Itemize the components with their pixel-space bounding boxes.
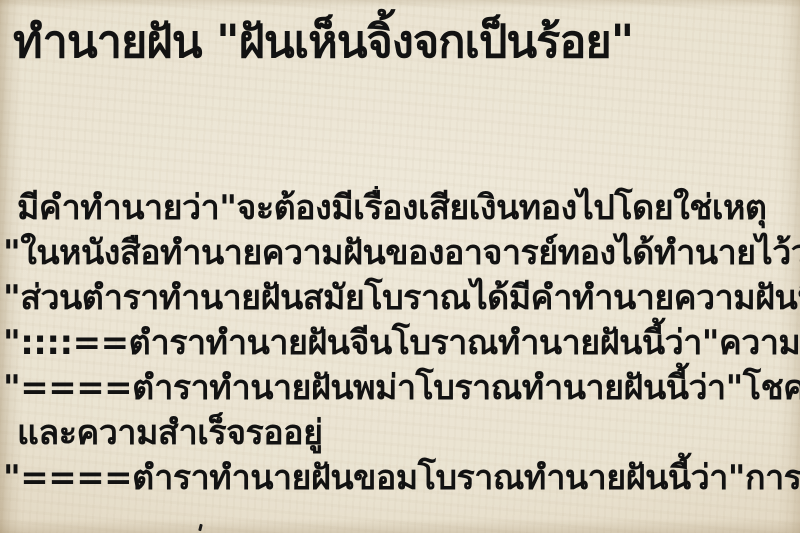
prediction-line-2: "ในหนังสือทำนายความฝันของอาจารย์ทองได้ทำ… <box>0 231 800 276</box>
prediction-line-5: "====ตำราทำนายฝันพม่าโบราณทำนายฝันนี้ว่า… <box>0 366 800 411</box>
prediction-line-4: "::::==ตำราทำนายฝันจีนโบราณทำนายฝันนี้ว่… <box>0 321 800 366</box>
page-title: ทำนายฝัน "ฝันเห็นจิ้งจกเป็นร้อย" <box>13 14 633 70</box>
paper-background: ทำนายฝัน "ฝันเห็นจิ้งจกเป็นร้อย" มีคำทำน… <box>0 0 800 533</box>
prediction-line-6: และความสำเร็จรออยู่ <box>0 411 800 456</box>
prediction-line-3: "ส่วนตำราทำนายฝันสมัยโบราณได้มีคำทำนายคว… <box>0 276 800 321</box>
prediction-line-1: มีคำทำนายว่า"จะต้องมีเรื่องเสียเงินทองไป… <box>0 186 800 231</box>
article-body: มีคำทำนายว่า"จะต้องมีเรื่องเสียเงินทองไป… <box>0 186 800 533</box>
prediction-line-7: "====ตำราทำนายฝันขอมโบราณทำนายฝันนี้ว่า"… <box>0 456 800 501</box>
